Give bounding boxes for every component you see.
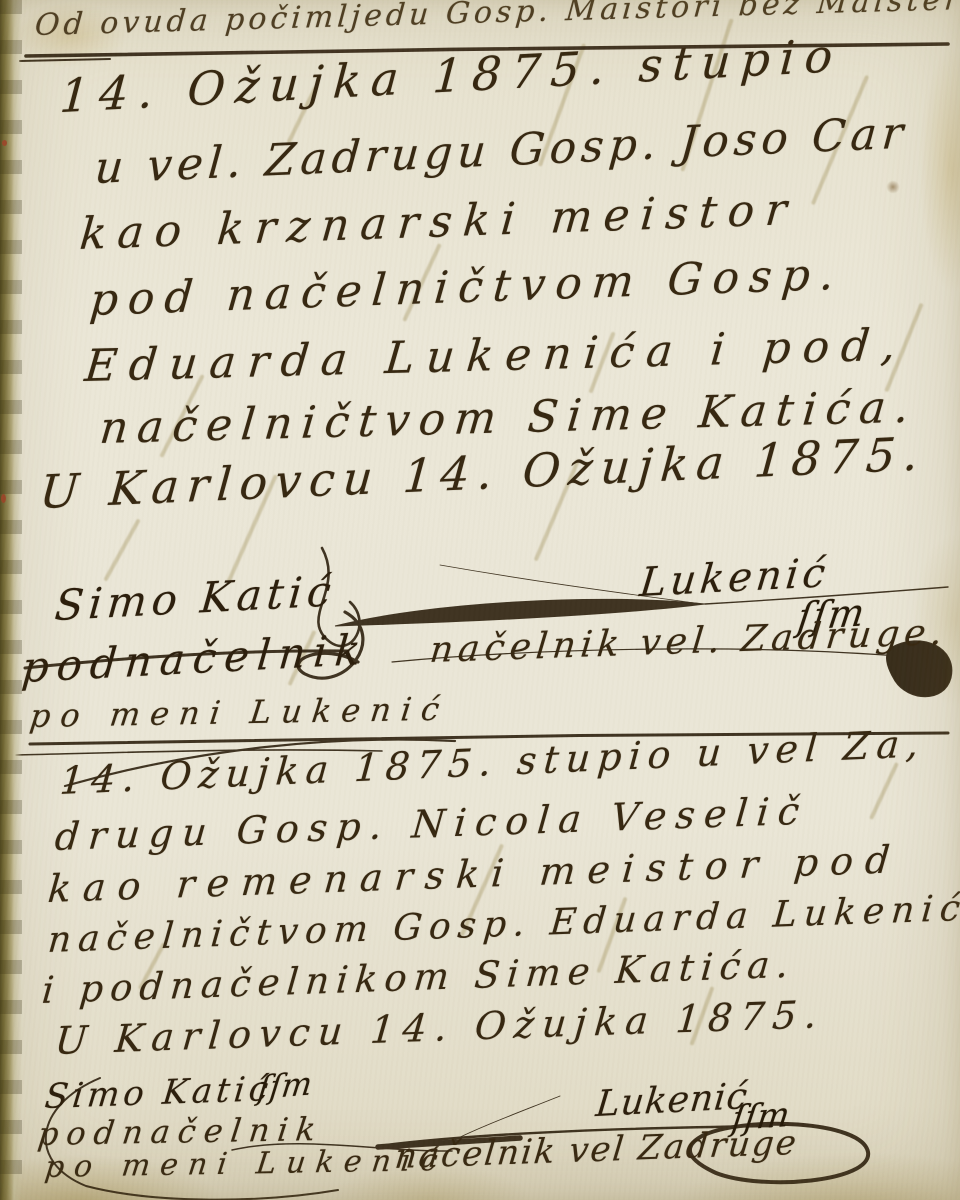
bleed-mark	[103, 518, 140, 581]
entry2-sig-left-paraph: ſſm	[256, 1067, 314, 1106]
manuscript-page: Od ovuda počimljedu Gosp. Maistori bez M…	[0, 0, 960, 1200]
entry2-sig-right-name: Lukenić	[594, 1078, 750, 1124]
entry2-sig-left-name: Simo Katić	[43, 1072, 274, 1116]
entry1-sig-right-title: načelnik vel. Zadruge.	[428, 614, 949, 670]
entry1-line: Eduarda Lukenića i pod,	[83, 322, 910, 390]
entry1-line: kao krznarski meistor	[78, 187, 799, 258]
entry1-sig-left-title: podnačelnik	[20, 628, 370, 691]
binding-edge	[0, 0, 22, 1200]
entry1-line: u vel. Zadrugu Gosp. Joso Car	[93, 110, 909, 192]
red-ink-speck	[2, 140, 7, 146]
header-underline-tail	[20, 59, 110, 61]
entry1-line: pod načelničtvom Gosp.	[88, 252, 846, 325]
red-ink-speck	[1, 494, 6, 503]
entry2-sig-right-title: načelnik vel Zadruge	[393, 1126, 800, 1176]
bleed-mark	[869, 762, 899, 820]
entry1-sig-left-note: po meni Lukenić	[28, 693, 451, 734]
entry1-line: 14. Ožujka 1875. stupio	[58, 31, 844, 121]
entry1-sig-left-name: Simo Katić	[53, 569, 337, 628]
entry2-sig-left-note: po meni Lukenić	[43, 1145, 449, 1184]
